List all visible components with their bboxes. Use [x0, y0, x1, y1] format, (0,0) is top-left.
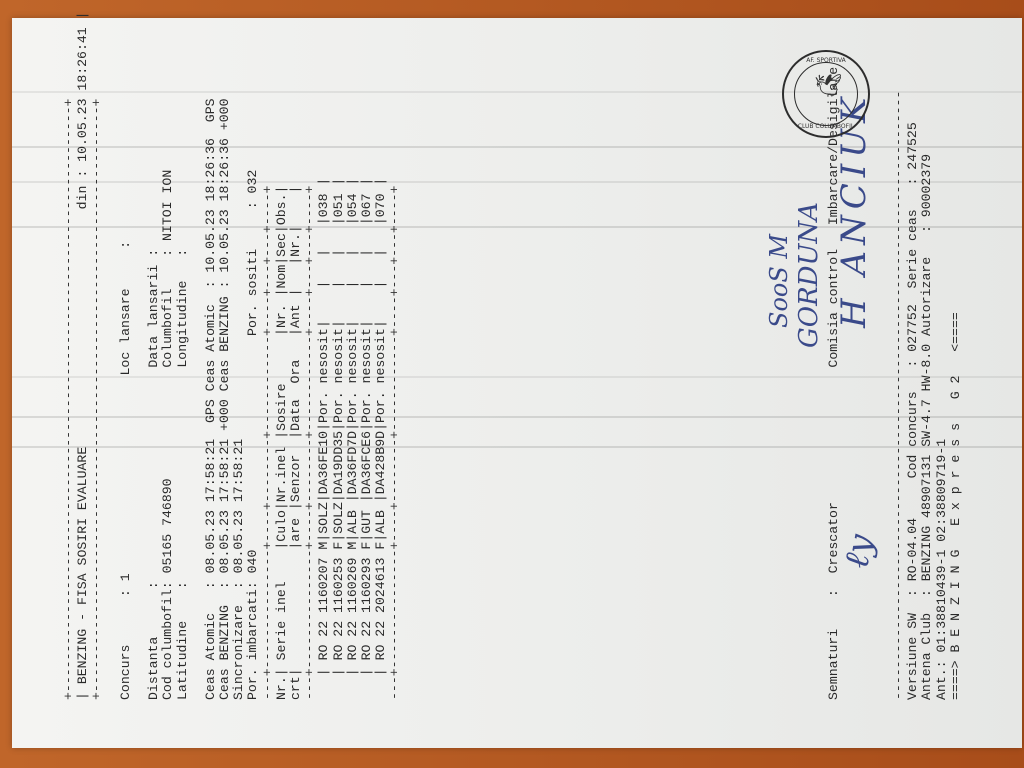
antena-line: Ant.: 01:38810439-1 02:38809719-1 [935, 91, 949, 700]
concurs-value: 1 [118, 573, 133, 581]
serie-ceas-value: 247525 [905, 122, 920, 169]
crescator-signature: ℓy [849, 534, 869, 569]
concurs-line: Concurs : 1 Loc lansare : [119, 38, 133, 700]
table-row: | RO 22 1160293 F|GUT |DA36FCE6|Por. nes… [360, 38, 374, 700]
table-header-2: crt| |are |Senzor |Data Ora |Ant | |Nr.|… [289, 38, 303, 700]
handwritten-name-2: GORDUNA [802, 202, 816, 348]
table-border-bottom: ---+---------------+----+--------+------… [388, 38, 402, 700]
dove-icon: 🕊 [814, 80, 842, 94]
header-border-top: +---------------------------------------… [62, 38, 76, 700]
document-title: BENZING - FISA SOSIRI EVALUARE [75, 447, 90, 684]
printed-sheet: +---------------------------------------… [12, 18, 1022, 748]
antena-value: 01:38810439-1 02:38809719-1 [934, 439, 949, 653]
versiune-sw-value: RO-04.04 [905, 518, 920, 581]
antena-club-value: BENZING 48907131 SW-4.7 HW-8.0 [919, 344, 934, 581]
cod-concurs-value: 027752 [905, 304, 920, 351]
device-banner: ====> B E N Z I N G E x p r e s s G 2 <=… [949, 91, 963, 700]
table-row: | RO 22 2024613 F|ALB |DA428B9D|Por. nes… [374, 38, 388, 700]
table-body: | RO 22 1160207 M|SOLZ|DA36FE10|Por. nes… [317, 38, 388, 700]
sincronizare-line: Sincronizare : 08.05.23 17:58:21 [232, 38, 246, 700]
table-row: | RO 22 1160269 M|ALB |DA36FD7D|Por. nes… [346, 38, 360, 700]
cod-columbofil-value: 05165 746890 [160, 478, 175, 573]
printed-time: 18:26:41 [75, 27, 90, 90]
table-header-1: Nr.| Serie inel |Culo|Nr.inel |Sosire |N… [275, 38, 289, 700]
table-header-border: ---+---------------+----+--------+------… [303, 38, 317, 700]
columbofil-name: NITOI ION [160, 170, 175, 241]
autorizare-value: 90002379 [919, 154, 934, 217]
club-stamp: AF. SPORTIVA 🕊 CLUB COLUMBOFIL [782, 50, 870, 138]
porumbei-line: Por. imbarcati: 040 Por. sositi : 032 [246, 38, 260, 700]
document-body: +---------------------------------------… [62, 38, 403, 700]
table-row: | RO 22 1160253 F|SOLZ|DA19DD35|Por. nes… [332, 38, 346, 700]
clock-atomic-line: Ceas Atomic : 08.05.23 17:58:21 GPS Ceas… [204, 38, 218, 700]
header-line: | BENZING - FISA SOSIRI EVALUARE din : 1… [76, 38, 90, 700]
table-row: | RO 22 1160207 M|SOLZ|DA36FE10|Por. nes… [317, 38, 331, 700]
por-sositi-value: 032 [245, 170, 260, 194]
printed-date: 10.05.23 [75, 99, 90, 162]
columbofil-line: Cod columbofil: 05165 746890 Columbofil … [161, 38, 175, 700]
distanta-line: Distanta : Data lansarii : [147, 38, 161, 700]
header-border-bottom: +---------------------------------------… [90, 38, 104, 700]
antena-club-line: Antena Club : BENZING 48907131 SW-4.7 HW… [920, 91, 934, 700]
clock-benzing-line: Ceas BENZING : 08.05.23 17:58:21 +000 Ce… [218, 38, 232, 700]
footer-border: ----------------------------------------… [892, 91, 906, 700]
table-border-top: ---+---------------+----+--------+------… [261, 38, 275, 700]
por-imbarcati-value: 040 [245, 550, 260, 574]
versiune-line: Versiune SW : RO-04.04 Cod concurs : 027… [906, 91, 920, 700]
footer: ----------------------------------------… [892, 91, 963, 700]
handwritten-name-1: SooS M [772, 234, 786, 328]
coordinates-line: Latitudine : Longitudine : [176, 38, 190, 700]
